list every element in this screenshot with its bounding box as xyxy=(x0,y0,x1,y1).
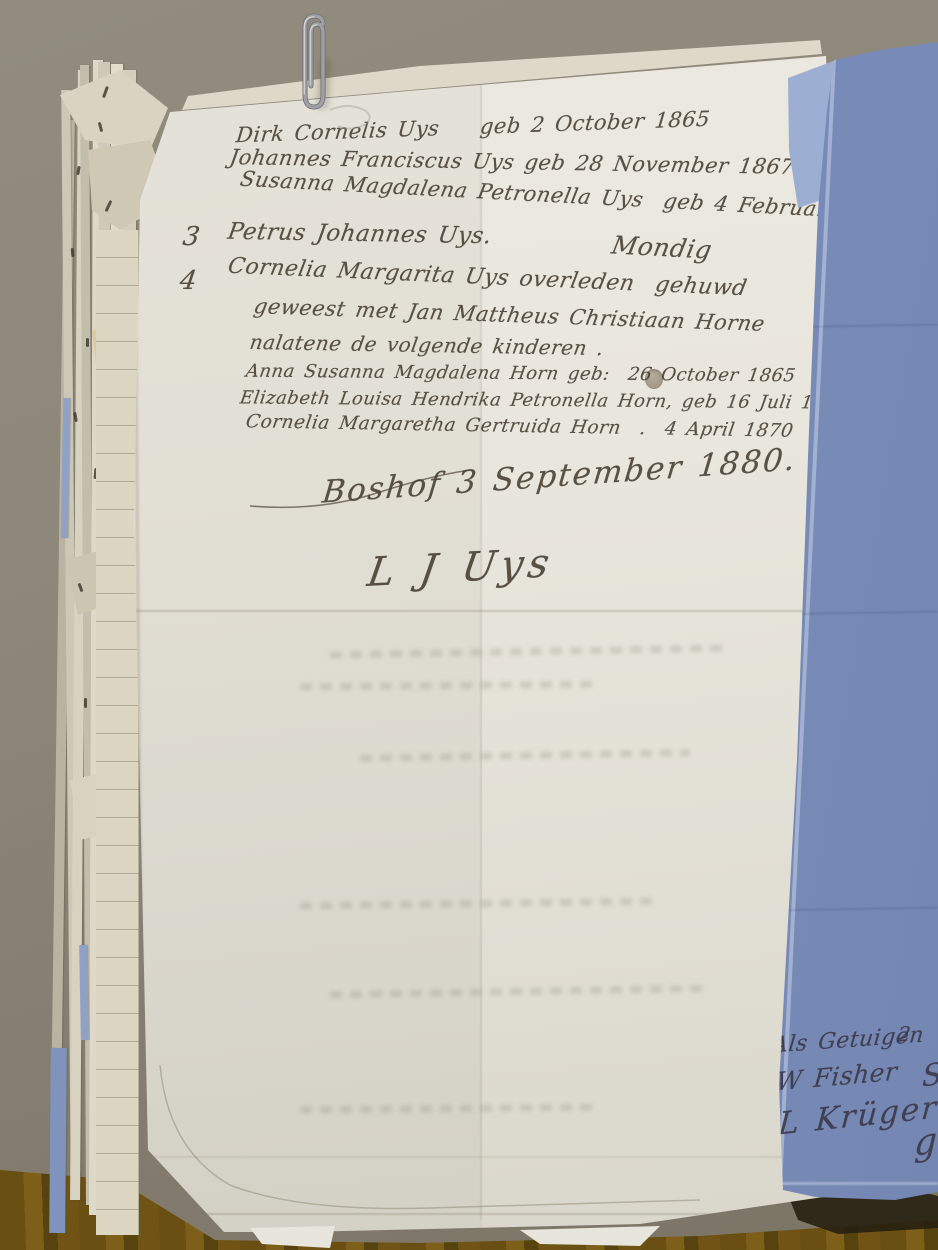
under-page-ruled-margin xyxy=(96,230,139,1235)
blue-bottom-curl xyxy=(780,1182,938,1185)
signature-fragment: S xyxy=(921,1056,938,1094)
signature-fragment: g xyxy=(913,1120,938,1165)
witness-signature-fisher: W Fisher xyxy=(775,1057,899,1097)
photo-of-archival-document: Dirk Cornelis Uys geb 2 October 1865 Joh… xyxy=(0,0,938,1250)
blue-paper-sliver xyxy=(49,1048,67,1233)
ink-mark xyxy=(71,248,75,257)
ink-mark xyxy=(84,698,87,708)
blue-paper-sliver xyxy=(79,945,89,1040)
ink-mark xyxy=(86,338,89,347)
signature-fragment: 2 xyxy=(897,1021,912,1046)
paperclip xyxy=(296,10,334,112)
